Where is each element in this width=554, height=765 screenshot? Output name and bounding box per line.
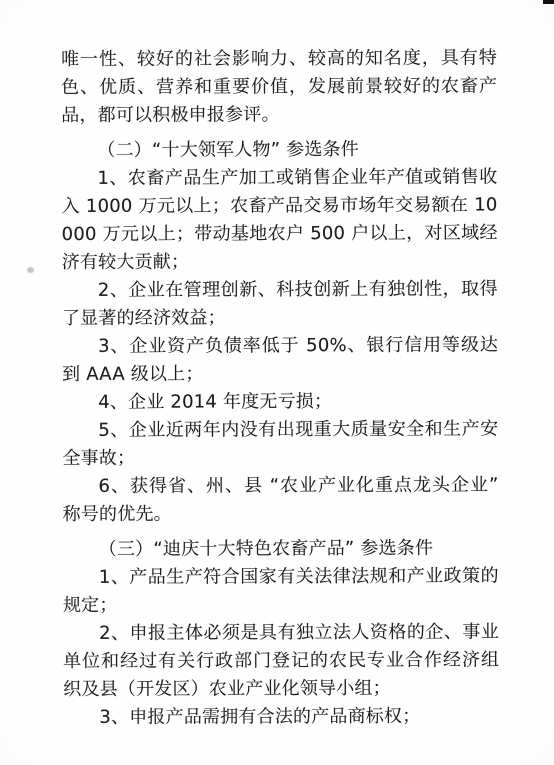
paragraph-item: 5、企业近两年内没有出现重大质量安全和生产安全事故； — [62, 415, 498, 473]
paragraph-item: 2、企业在管理创新、科技创新上有独创性，取得了显著的经济效益； — [62, 275, 498, 333]
paragraph-heading: （三）“迪庆十大特色农畜产品” 参选条件 — [63, 534, 499, 564]
paragraph-item: 4、企业 2014 年度无亏损； — [62, 387, 498, 417]
paragraph-item: 3、申报产品需拥有合法的产品商标权； — [63, 702, 499, 732]
paragraph-item: 3、企业资产负债率低于 50%、银行信用等级达到 AAA 级以上； — [62, 331, 498, 389]
scan-artifact-edge-dot — [27, 267, 34, 273]
paragraph-item: 6、获得省、州、县 “农业产业化重点龙头企业” 称号的优先。 — [62, 471, 498, 529]
scan-artifact-corner-mark — [543, 0, 554, 4]
paragraph-item: 2、申报主体必须是具有独立法人资格的企、事业单位和经过有关行政部门登记的农民专业… — [63, 618, 499, 704]
document-body: 唯一性、较好的社会影响力、较高的知名度，具有特色、优质、营养和重要价值，发展前景… — [61, 44, 499, 732]
paragraph-heading: （二）“十大领军人物” 参选条件 — [61, 135, 497, 165]
scanned-document-page: 唯一性、较好的社会影响力、较高的知名度，具有特色、优质、营养和重要价值，发展前景… — [0, 0, 554, 765]
paragraph-item: 1、农畜产品生产加工或销售企业年产值或销售收入 1000 万元以上；农畜产品交易… — [61, 163, 497, 277]
paragraph-item: 1、产品生产符合国家有关法律法规和产业政策的规定； — [63, 562, 499, 620]
paragraph-continuation: 唯一性、较好的社会影响力、较高的知名度，具有特色、优质、营养和重要价值，发展前景… — [61, 44, 497, 130]
